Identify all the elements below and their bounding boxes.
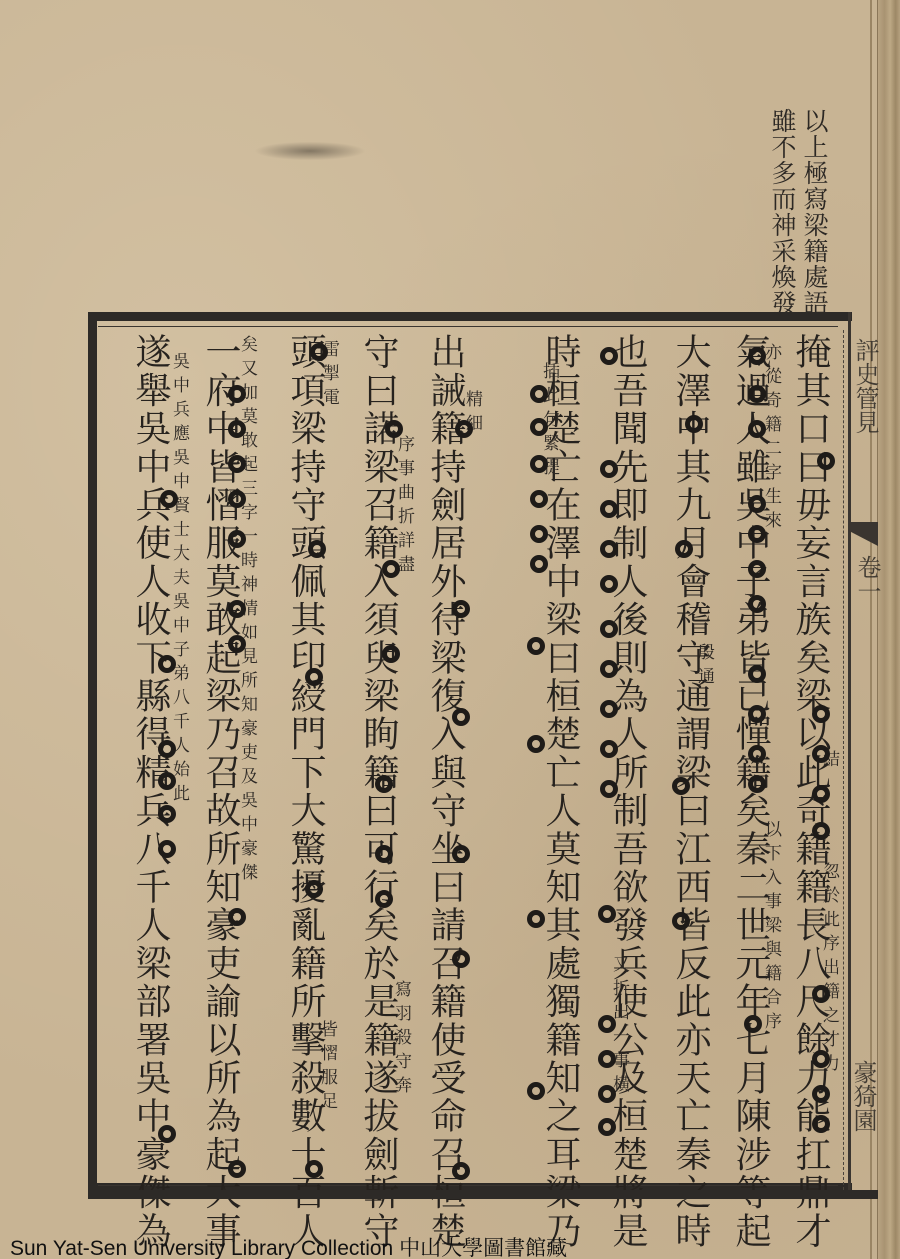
emphasis-circle <box>748 347 766 365</box>
emphasis-circle <box>600 700 618 718</box>
emphasis-circle <box>812 705 830 723</box>
emphasis-circle <box>375 845 393 863</box>
emphasis-circle <box>310 343 328 361</box>
emphasis-circle <box>228 1160 246 1178</box>
emphasis-circle <box>600 460 618 478</box>
emphasis-circle <box>375 775 393 793</box>
banxin-juan: 卷一 <box>850 555 885 603</box>
annotation-col6-b: 寫羽殺守奔 <box>392 980 410 1100</box>
emphasis-circle <box>812 1085 830 1103</box>
annotation-col1-b: 忽於此序出籍之才力 <box>820 862 838 1078</box>
emphasis-circle <box>530 418 548 436</box>
emphasis-circle <box>812 822 830 840</box>
emphasis-circle <box>598 1085 616 1103</box>
emphasis-circle <box>748 560 766 578</box>
annotation-col10: 吳中兵應吳中賢士大夫吳中子弟八千人始此 <box>170 352 188 808</box>
annotation-col2-b: 以下入事梁與籍合序 <box>762 820 780 1036</box>
emphasis-circle <box>672 777 690 795</box>
emphasis-circle <box>530 385 548 403</box>
emphasis-circle <box>748 420 766 438</box>
emphasis-circle <box>452 950 470 968</box>
emphasis-circle <box>748 385 766 403</box>
emphasis-circle <box>455 420 473 438</box>
book-spine-edge <box>877 0 900 1259</box>
emphasis-circle <box>600 575 618 593</box>
emphasis-circle <box>158 740 176 758</box>
emphasis-circle <box>527 735 545 753</box>
emphasis-circle <box>228 455 246 473</box>
emphasis-circle <box>305 668 323 686</box>
emphasis-circle <box>375 890 393 908</box>
emphasis-circle <box>452 600 470 618</box>
emphasis-circle <box>228 420 246 438</box>
emphasis-circle <box>228 385 246 403</box>
emphasis-circle <box>228 908 246 926</box>
emphasis-circle <box>812 785 830 803</box>
ink-stain <box>245 140 375 162</box>
banxin-column <box>852 318 880 1188</box>
emphasis-circle <box>817 452 835 470</box>
emphasis-circle <box>812 985 830 1003</box>
emphasis-circle <box>748 745 766 763</box>
emphasis-circle <box>812 745 830 763</box>
annotation-col7: 序事曲折詳盡 <box>395 435 413 579</box>
emphasis-circle <box>228 530 246 548</box>
emphasis-circle <box>158 840 176 858</box>
emphasis-circle <box>748 705 766 723</box>
emphasis-circle <box>527 910 545 928</box>
column-divider <box>843 330 844 1190</box>
emphasis-circle <box>527 1082 545 1100</box>
emphasis-circle <box>530 490 548 508</box>
emphasis-circle <box>158 772 176 790</box>
emphasis-circle <box>748 595 766 613</box>
emphasis-circle <box>600 347 618 365</box>
emphasis-circle <box>158 805 176 823</box>
emphasis-circle <box>812 1115 830 1133</box>
emphasis-circle <box>675 540 693 558</box>
emphasis-circle <box>812 1050 830 1068</box>
emphasis-circle <box>685 415 703 433</box>
emphasis-circle <box>382 645 400 663</box>
banxin-publisher: 豪猗園 <box>850 1060 876 1132</box>
text-column-10: 遂舉吳中兵使人收下縣得精兵八千人梁部署吳中豪傑為 <box>130 333 170 1250</box>
emphasis-circle <box>158 655 176 673</box>
emphasis-circle <box>744 1015 762 1033</box>
emphasis-circle <box>672 912 690 930</box>
emphasis-circle <box>228 635 246 653</box>
emphasis-circle <box>598 1015 616 1033</box>
annotation-col3: 殷通 <box>695 643 713 691</box>
emphasis-circle <box>527 637 545 655</box>
emphasis-circle <box>600 740 618 758</box>
margin-commentary-2: 雖不多而神采煥發 <box>768 108 796 316</box>
emphasis-circle <box>530 525 548 543</box>
emphasis-circle <box>228 490 246 508</box>
emphasis-circle <box>748 775 766 793</box>
emphasis-circle <box>305 1160 323 1178</box>
margin-commentary-1: 以上極寫梁籍處語 <box>800 108 828 316</box>
banxin-title: 評史管見 <box>852 338 878 434</box>
text-column-6: 出誡籍持劍居外待梁復入與守坐曰請召籍使受命召桓楚 <box>425 333 465 1250</box>
emphasis-circle <box>158 1125 176 1143</box>
emphasis-circle <box>748 495 766 513</box>
emphasis-circle <box>305 880 323 898</box>
emphasis-circle <box>530 455 548 473</box>
emphasis-circle <box>452 845 470 863</box>
collection-watermark: Sun Yat-Sen University Library Collectio… <box>10 1232 567 1259</box>
emphasis-circle <box>385 420 403 438</box>
emphasis-circle <box>452 1162 470 1180</box>
frame-bottom-rule <box>88 1190 878 1199</box>
annotation-col8-b: 皆慴服足 <box>318 1020 336 1116</box>
emphasis-circle <box>598 905 616 923</box>
emphasis-circle <box>748 665 766 683</box>
emphasis-circle <box>600 500 618 518</box>
emphasis-circle <box>228 600 246 618</box>
emphasis-circle <box>598 1118 616 1136</box>
emphasis-circle <box>600 540 618 558</box>
emphasis-circle <box>600 660 618 678</box>
emphasis-circle <box>600 620 618 638</box>
emphasis-circle <box>308 540 326 558</box>
emphasis-circle <box>382 560 400 578</box>
emphasis-circle <box>530 555 548 573</box>
emphasis-circle <box>600 780 618 798</box>
emphasis-circle <box>748 525 766 543</box>
emphasis-circle <box>452 708 470 726</box>
emphasis-circle <box>160 490 178 508</box>
emphasis-circle <box>598 1050 616 1068</box>
